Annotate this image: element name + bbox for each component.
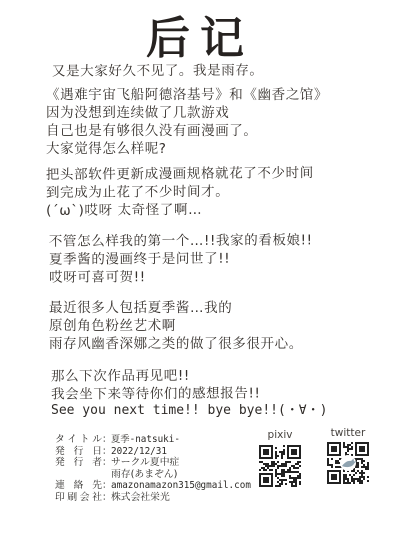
credit-value: サークル夏中症 [111, 457, 179, 469]
credit-row-author: ：雨存(あまぞん) [55, 469, 251, 481]
twitter-label: twitter [322, 427, 374, 439]
credit-label: 発行日 [55, 446, 102, 458]
text-line: 夏季酱的漫画终于是问世了!! [49, 249, 313, 268]
text-line: 原创角色粉丝艺术啊 [49, 317, 303, 335]
credit-row-title: タイトル：夏季-natsuki- [55, 434, 251, 446]
credit-value: 雨存(あまぞん) [111, 469, 177, 481]
page-title: 后记 [0, 2, 400, 66]
text-line: 那么下次作品再见吧!! [51, 366, 261, 385]
credit-label: タイトル [55, 434, 102, 446]
fanart-paragraph: 最近很多人包括夏季酱…我的 原创角色粉丝艺术啊 雨存风幽香深娜之类的做了很多很开… [49, 299, 303, 353]
credit-row-printer: 印刷会社：株式会社栄光 [55, 492, 251, 504]
credit-label [55, 469, 102, 481]
credit-row-contact: 連絡先：amazonamazon315@gmail.com [55, 480, 251, 492]
text-line: 因为没想到连续做了几款游戏 [46, 104, 328, 122]
text-line: 哎呀可喜可贺!! [49, 267, 313, 286]
text-line: 把头部软件更新成漫画规格就花了不少时间 [46, 164, 314, 184]
intro-paragraph: 又是大家好久不见了。我是雨存。 [52, 61, 264, 80]
credit-email: amazonamazon315@gmail.com [111, 480, 251, 492]
pixiv-qr-code [258, 444, 302, 488]
mascot-paragraph: 不管怎么样我的第一个…!!我家的看板娘!! 夏季酱的漫画终于是问世了!! 哎呀可… [49, 231, 313, 286]
text-line: 《遇难宇宙飞船阿德洛基号》和《幽香之馆》 [46, 86, 328, 104]
signoff-line: See you next time!! bye bye!!(・∀・) [51, 399, 327, 418]
text-line: 雨存风幽香深娜之类的做了很多很开心。 [49, 335, 303, 353]
credit-colon: ： [102, 457, 111, 469]
credit-value: 夏季-natsuki- [111, 434, 180, 446]
text-line: 不管怎么样我的第一个…!!我家的看板娘!! [49, 231, 313, 250]
twitter-qr-code [326, 441, 370, 485]
credit-row-date: 発行日：2022/12/31 [55, 446, 251, 458]
games-paragraph: 《遇难宇宙飞船阿德洛基号》和《幽香之馆》 因为没想到连续做了几款游戏 自己也是有… [46, 86, 328, 158]
farewell-paragraph: 那么下次作品再见吧!! 我会坐下来等待你们的感想报告!! [51, 366, 261, 403]
credit-colon: ： [102, 480, 111, 492]
credits-block: タイトル：夏季-natsuki- 発行日：2022/12/31 発行者：サークル… [55, 434, 251, 503]
credit-colon: ： [102, 434, 111, 446]
credit-colon: ： [102, 492, 111, 504]
credit-value: 2022/12/31 [111, 446, 167, 458]
credit-colon: ： [102, 446, 111, 458]
text-line: 大家觉得怎么样呢? [46, 140, 328, 158]
credit-label: 発行者 [55, 457, 102, 469]
text-line: 到完成为止花了不少时间才。 [46, 182, 314, 202]
credit-label: 印刷会社 [55, 492, 102, 504]
afterword-page: 后记 又是大家好久不见了。我是雨存。 《遇难宇宙飞船阿德洛基号》和《幽香之馆》 … [0, 0, 400, 556]
text-line: 最近很多人包括夏季酱…我的 [49, 299, 303, 317]
credit-value: 株式会社栄光 [111, 492, 170, 504]
software-paragraph: 把头部软件更新成漫画规格就花了不少时间 到完成为止花了不少时间才。 (´ω`)哎… [46, 164, 314, 220]
credit-row-publisher: 発行者：サークル夏中症 [55, 457, 251, 469]
pixiv-label: pixiv [256, 429, 304, 441]
text-line: 又是大家好久不见了。我是雨存。 [52, 61, 264, 80]
credit-label: 連絡先 [55, 480, 102, 492]
text-line: (´ω`)哎呀 太奇怪了啊… [46, 200, 314, 220]
text-line: 自己也是有够很久没有画漫画了。 [46, 122, 328, 140]
